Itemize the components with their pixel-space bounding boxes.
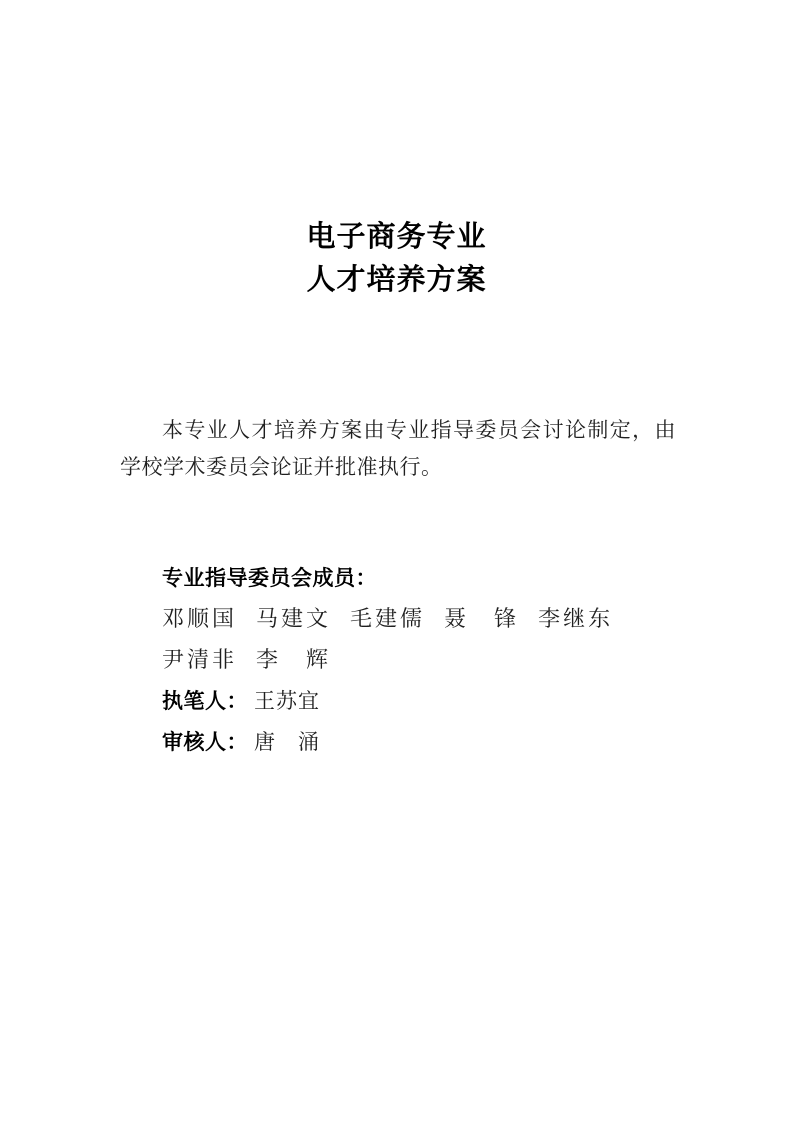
document-title-line2: 人才培养方案 <box>0 259 793 302</box>
author-row: 执笔人： 王苏宜 <box>162 679 682 720</box>
author-label: 执笔人： <box>162 685 248 715</box>
member-name: 聂 锋 <box>444 602 519 633</box>
reviewer-label: 审核人： <box>162 726 248 756</box>
document-page: 电子商务专业 人才培养方案 本专业人才培养方案由专业指导委员会讨论制定，由学校学… <box>0 0 793 1122</box>
member-name: 毛建儒 <box>350 602 425 633</box>
committee-section: 专业指导委员会成员： 邓顺国 马建文 毛建儒 聂 锋 李继东 尹清非 李 辉 执… <box>162 556 682 761</box>
member-name: 尹清非 <box>162 643 237 674</box>
committee-members-row-1: 邓顺国 马建文 毛建儒 聂 锋 李继东 <box>162 597 682 638</box>
committee-members-row-2: 尹清非 李 辉 <box>162 638 682 679</box>
reviewer-row: 审核人： 唐 涌 <box>162 720 682 761</box>
member-name: 邓顺国 <box>162 602 237 633</box>
committee-heading-row: 专业指导委员会成员： <box>162 556 682 597</box>
committee-heading: 专业指导委员会成员： <box>162 562 377 592</box>
member-name: 马建文 <box>256 602 331 633</box>
author-name: 王苏宜 <box>254 685 320 715</box>
intro-paragraph: 本专业人才培养方案由专业指导委员会讨论制定，由学校学术委员会论证并批准执行。 <box>120 412 676 486</box>
document-title: 电子商务专业 人才培养方案 <box>0 216 793 302</box>
member-name: 李 辉 <box>256 643 331 674</box>
reviewer-name: 唐 涌 <box>254 726 320 756</box>
member-names-line-1: 邓顺国 马建文 毛建儒 聂 锋 李继东 <box>162 602 613 633</box>
member-names-line-2: 尹清非 李 辉 <box>162 643 331 674</box>
document-title-line1: 电子商务专业 <box>0 216 793 259</box>
member-name: 李继东 <box>538 602 613 633</box>
